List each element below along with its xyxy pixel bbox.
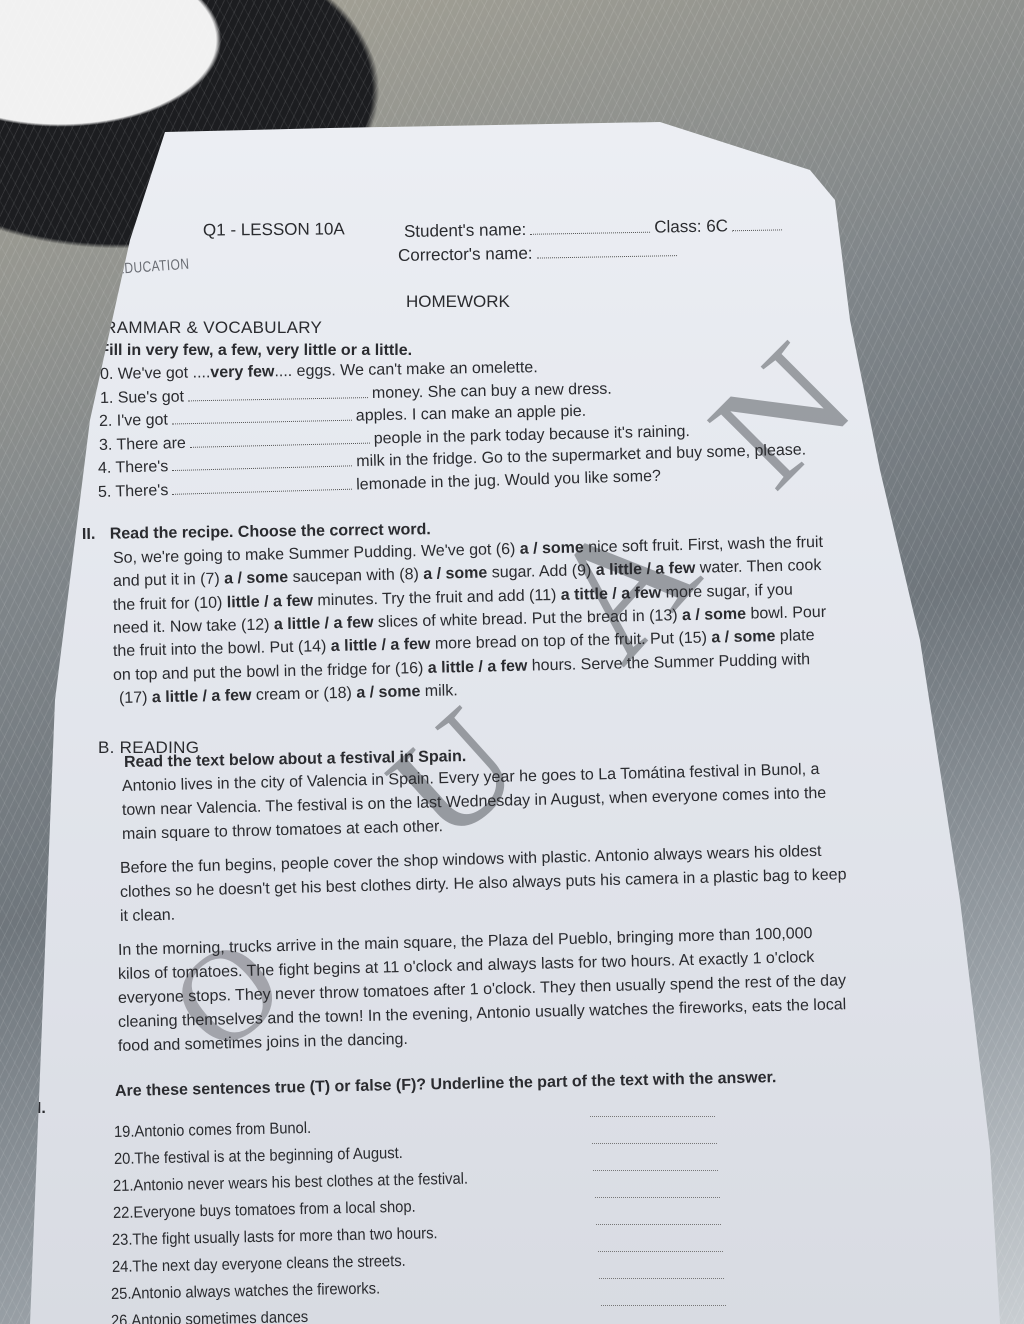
item-text: I've got (117, 412, 168, 430)
corrector-name-field[interactable]: Corrector's name: (398, 241, 681, 266)
true-false-item: 23.The fight usually lasts for more than… (112, 1225, 438, 1250)
answer-blank[interactable] (599, 1278, 724, 1279)
part2-heading: II. Read the recipe. Choose the correct … (82, 521, 431, 544)
word-choice[interactable]: a tittle / a few (561, 584, 662, 603)
reading-line: main square to throw tomatoes at each ot… (122, 818, 443, 844)
recipe-text-segment: minutes. Try the fruit and add (11) (313, 586, 561, 609)
answer-blank[interactable] (172, 487, 352, 494)
word-choice[interactable]: a / some (423, 565, 487, 583)
answer-blank[interactable] (601, 1305, 726, 1306)
item-text: people in the park today because it's ra… (373, 423, 689, 447)
student-name-field[interactable]: Student's name:Class: 6C (404, 215, 786, 242)
recipe-text-segment: the fruit for (10) (113, 594, 227, 614)
answer-blank[interactable] (595, 1197, 720, 1198)
true-false-item: 20.The festival is at the beginning of A… (113, 1145, 402, 1169)
true-false-item: 22.Everyone buys tomatoes from a local s… (112, 1199, 415, 1223)
recipe-text-segment: bowl. Pour (746, 604, 826, 623)
recipe-text-segment: plate (775, 627, 815, 645)
word-choice[interactable]: a little / a few (331, 636, 431, 655)
watermark-letter: N (684, 317, 879, 512)
answer-blank[interactable] (593, 1170, 718, 1171)
true-false-item: 25.Antonio always watches the fireworks. (111, 1280, 381, 1304)
logo-text: EDUCATION (115, 255, 189, 277)
recipe-text-segment: nice soft fruit. First, wash the fruit (584, 534, 824, 556)
student-name-label: Student's name: (404, 220, 527, 241)
example-answer: very few (210, 363, 274, 381)
recipe-text-segment: slices of white bread. Put the bread in … (373, 607, 682, 631)
recipe-text-segment: sugar. Add (9) (487, 562, 596, 581)
part1-instruction: Fill in very few, a few, very little or … (99, 342, 412, 359)
fill-in-item: 0. We've got ....very few.... eggs. We c… (100, 359, 538, 384)
item-number: 2. (99, 413, 117, 430)
word-choice[interactable]: a little / a few (596, 560, 696, 579)
answer-blank[interactable] (598, 1251, 723, 1252)
word-choice[interactable]: little / a few (227, 592, 314, 611)
recipe-text-segment: milk. (420, 682, 458, 700)
true-false-item: 26.Antonio sometimes dances (110, 1309, 308, 1324)
answer-blank[interactable] (592, 1143, 717, 1144)
recipe-text-segment: So, we're going to make Summer Pudding. … (113, 541, 520, 567)
part1-heading: I. Fill in very few, a few, very little … (76, 342, 412, 360)
recipe-text-segment: cream or (18) (251, 684, 356, 703)
item-text: apples. I can make an apple pie. (356, 403, 587, 425)
word-choice[interactable]: a little / a few (152, 687, 252, 706)
item-text: There's (115, 481, 168, 500)
answer-blank[interactable] (189, 441, 369, 447)
word-choice[interactable]: a little / a few (428, 657, 528, 676)
word-choice[interactable]: a / some (682, 606, 746, 624)
answer-blank[interactable] (590, 1116, 715, 1117)
item-number: 4. (98, 460, 116, 477)
item-text: .... eggs. We can't make an omelette. (274, 359, 538, 380)
recipe-text-segment: the fruit into the bowl. Put (14) (113, 638, 331, 660)
item-number: 0. (100, 366, 118, 383)
answer-blank[interactable] (172, 419, 352, 425)
recipe-text-segment: hours. Serve the Summer Pudding with (527, 651, 810, 674)
item-text: lemonade in the jug. Would you like some… (355, 467, 660, 493)
reading-line: food and sometimes joins in the dancing. (118, 1031, 408, 1056)
recipe-text-segment: more sugar, if you (661, 581, 793, 601)
recipe-text-segment: more bread on top of the fruit. Put (15) (430, 630, 711, 653)
answer-blank[interactable] (188, 396, 368, 401)
lesson-title: Q1 - LESSON 10A (203, 219, 345, 240)
recipe-text-segment: need it. Now take (12) (113, 616, 274, 637)
item-text: money. She can buy a new dress. (371, 380, 611, 401)
part2-number: II. (82, 526, 96, 543)
item-text: There's (115, 458, 168, 476)
student-name-blank[interactable] (530, 231, 650, 235)
item-text: Sue's got (117, 388, 184, 406)
word-choice[interactable]: a little / a few (274, 614, 374, 633)
item-text: We've got .... (118, 364, 211, 382)
part2-instruction: Read the recipe. Choose the correct word… (110, 521, 431, 542)
class-blank[interactable] (732, 228, 782, 231)
item-number: 3. (98, 436, 116, 453)
item-text: There are (116, 434, 186, 453)
word-choice[interactable]: a / some (224, 569, 288, 587)
word-choice[interactable]: a / some (356, 683, 420, 701)
recipe-line: (17) a little / a few cream or (18) a / … (119, 682, 458, 708)
corrector-name-blank[interactable] (537, 254, 677, 258)
recipe-text-segment: and put it in (7) (113, 571, 225, 591)
recipe-text-segment: (17) (119, 689, 152, 707)
reading-line: it clean. (120, 907, 176, 926)
true-false-item: 19.Antonio comes from Bunol. (114, 1120, 312, 1142)
answer-blank[interactable] (596, 1224, 721, 1225)
corrector-name-label: Corrector's name: (398, 244, 533, 265)
word-choice[interactable]: a / some (520, 539, 584, 557)
true-false-item: 21.Antonio never wears his best clothes … (113, 1171, 468, 1196)
part3-instruction: Are these sentences true (T) or false (F… (115, 1069, 777, 1101)
true-false-item: 24.The next day everyone cleans the stre… (111, 1253, 405, 1277)
item-number: 1. (99, 389, 117, 406)
answer-blank[interactable] (172, 464, 352, 471)
word-choice[interactable]: a / some (711, 628, 775, 646)
document-title: HOMEWORK (406, 292, 510, 312)
item-number: 5. (97, 483, 115, 500)
class-label: Class: 6C (654, 216, 728, 236)
recipe-text-segment: water. Then cook (695, 557, 821, 577)
recipe-text-segment: saucepan with (8) (288, 566, 424, 586)
recipe-text-segment: on top and put the bowl in the fridge fo… (113, 659, 428, 683)
